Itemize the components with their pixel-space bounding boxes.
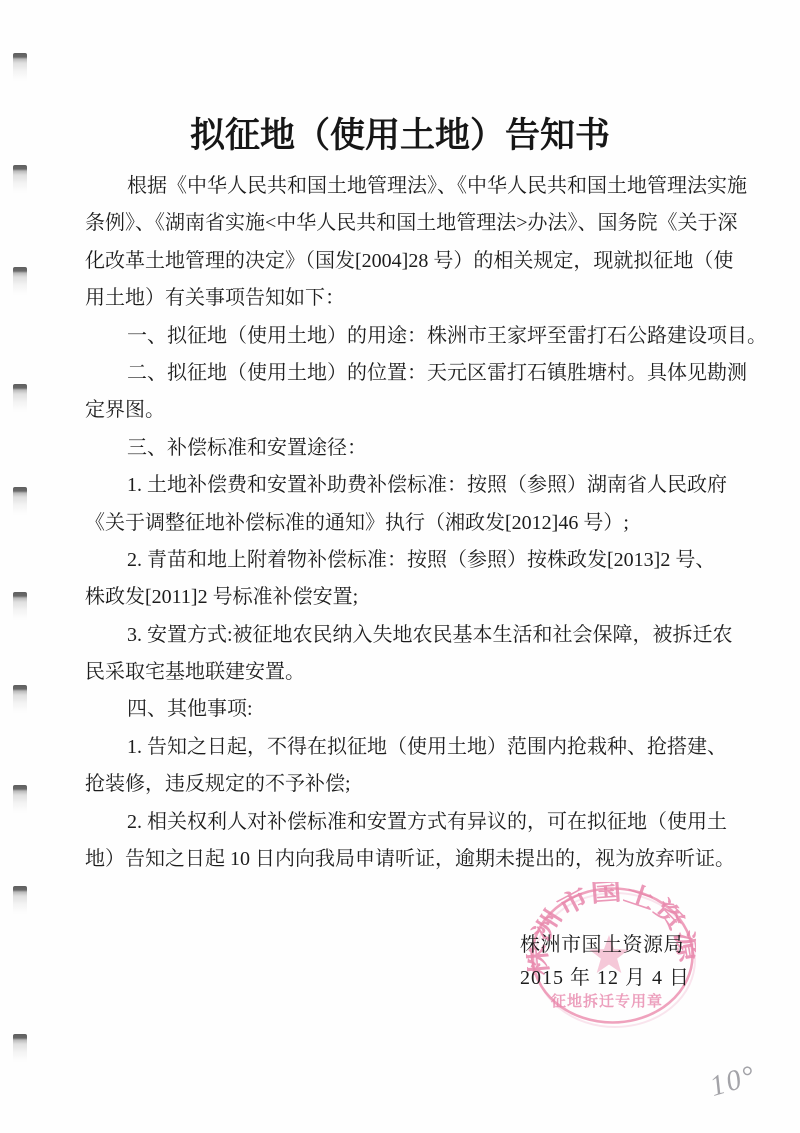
body-line: 2. 青苗和地上附着物补偿标准：按照（参照）按株政发[2013]2 号、 xyxy=(85,542,745,579)
signature-date: 2015 年 12 月 4 日 xyxy=(520,961,690,990)
body-line: 抢装修，违反规定的不予补偿; xyxy=(85,766,745,803)
body-line: 三、补偿标准和安置途径： xyxy=(85,430,745,467)
body-line: 3. 安置方式:被征地农民纳入失地农民基本生活和社会保障，被拆迁农 xyxy=(85,617,745,654)
body-line: 四、其他事项: xyxy=(85,691,745,728)
body-line: 条例》、《湖南省实施<中华人民共和国土地管理法>办法》、国务院《关于深 xyxy=(85,205,745,242)
binding-mark xyxy=(13,1034,27,1064)
seal-bottom-text: 征地拆迁专用章 xyxy=(550,992,663,1010)
seal-smudge-ring xyxy=(535,893,695,1027)
body-line: 地）告知之日起 10 日内向我局申请听证，逾期未提出的，视为放弃听证。 xyxy=(85,841,745,878)
body-line: 根据《中华人民共和国土地管理法》、《中华人民共和国土地管理法实施 xyxy=(85,168,745,205)
body-line: 1. 土地补偿费和安置补助费补偿标准：按照（参照）湖南省人民政府 xyxy=(85,467,745,504)
body-line: 定界图。 xyxy=(85,392,745,429)
document-body: 根据《中华人民共和国土地管理法》、《中华人民共和国土地管理法实施 条例》、《湖南… xyxy=(85,168,745,878)
scanned-document-page: 拟征地（使用土地）告知书 根据《中华人民共和国土地管理法》、《中华人民共和国土地… xyxy=(0,0,800,1133)
binding-mark xyxy=(13,165,27,195)
binding-mark xyxy=(13,267,27,297)
body-line: 化改革土地管理的决定》（国发[2004]28 号）的相关规定，现就拟征地（使 xyxy=(85,243,745,280)
binding-mark xyxy=(13,685,27,715)
binding-mark xyxy=(13,592,27,622)
body-line: 民采取宅基地联建安置。 xyxy=(85,654,745,691)
signature-organization: 株洲市国土资源局 xyxy=(520,928,684,957)
body-line: 一、拟征地（使用土地）的用途：株洲市王家坪至雷打石公路建设项目。 xyxy=(85,318,745,355)
binding-mark xyxy=(13,53,27,83)
binding-mark xyxy=(13,785,27,815)
document-title: 拟征地（使用土地）告知书 xyxy=(0,108,800,158)
binding-mark xyxy=(13,886,27,916)
body-line: 二、拟征地（使用土地）的位置：天元区雷打石镇胜塘村。具体见勘测 xyxy=(85,355,745,392)
binding-mark xyxy=(13,384,27,414)
body-line: 株政发[2011]2 号标准补偿安置; xyxy=(85,579,745,616)
official-seal-stamp: 株洲市国土资源局 征地拆迁专用章 xyxy=(524,882,696,1032)
body-line: 用土地）有关事项告知如下： xyxy=(85,280,745,317)
binding-mark xyxy=(13,487,27,517)
body-line: 2. 相关权利人对补偿标准和安置方式有异议的，可在拟征地（使用土 xyxy=(85,804,745,841)
handwritten-page-number: 10° xyxy=(706,1059,760,1104)
body-line: 《关于调整征地补偿标准的通知》执行（湘政发[2012]46 号）; xyxy=(85,505,745,542)
body-line: 1. 告知之日起，不得在拟征地（使用土地）范围内抢栽种、抢搭建、 xyxy=(85,729,745,766)
